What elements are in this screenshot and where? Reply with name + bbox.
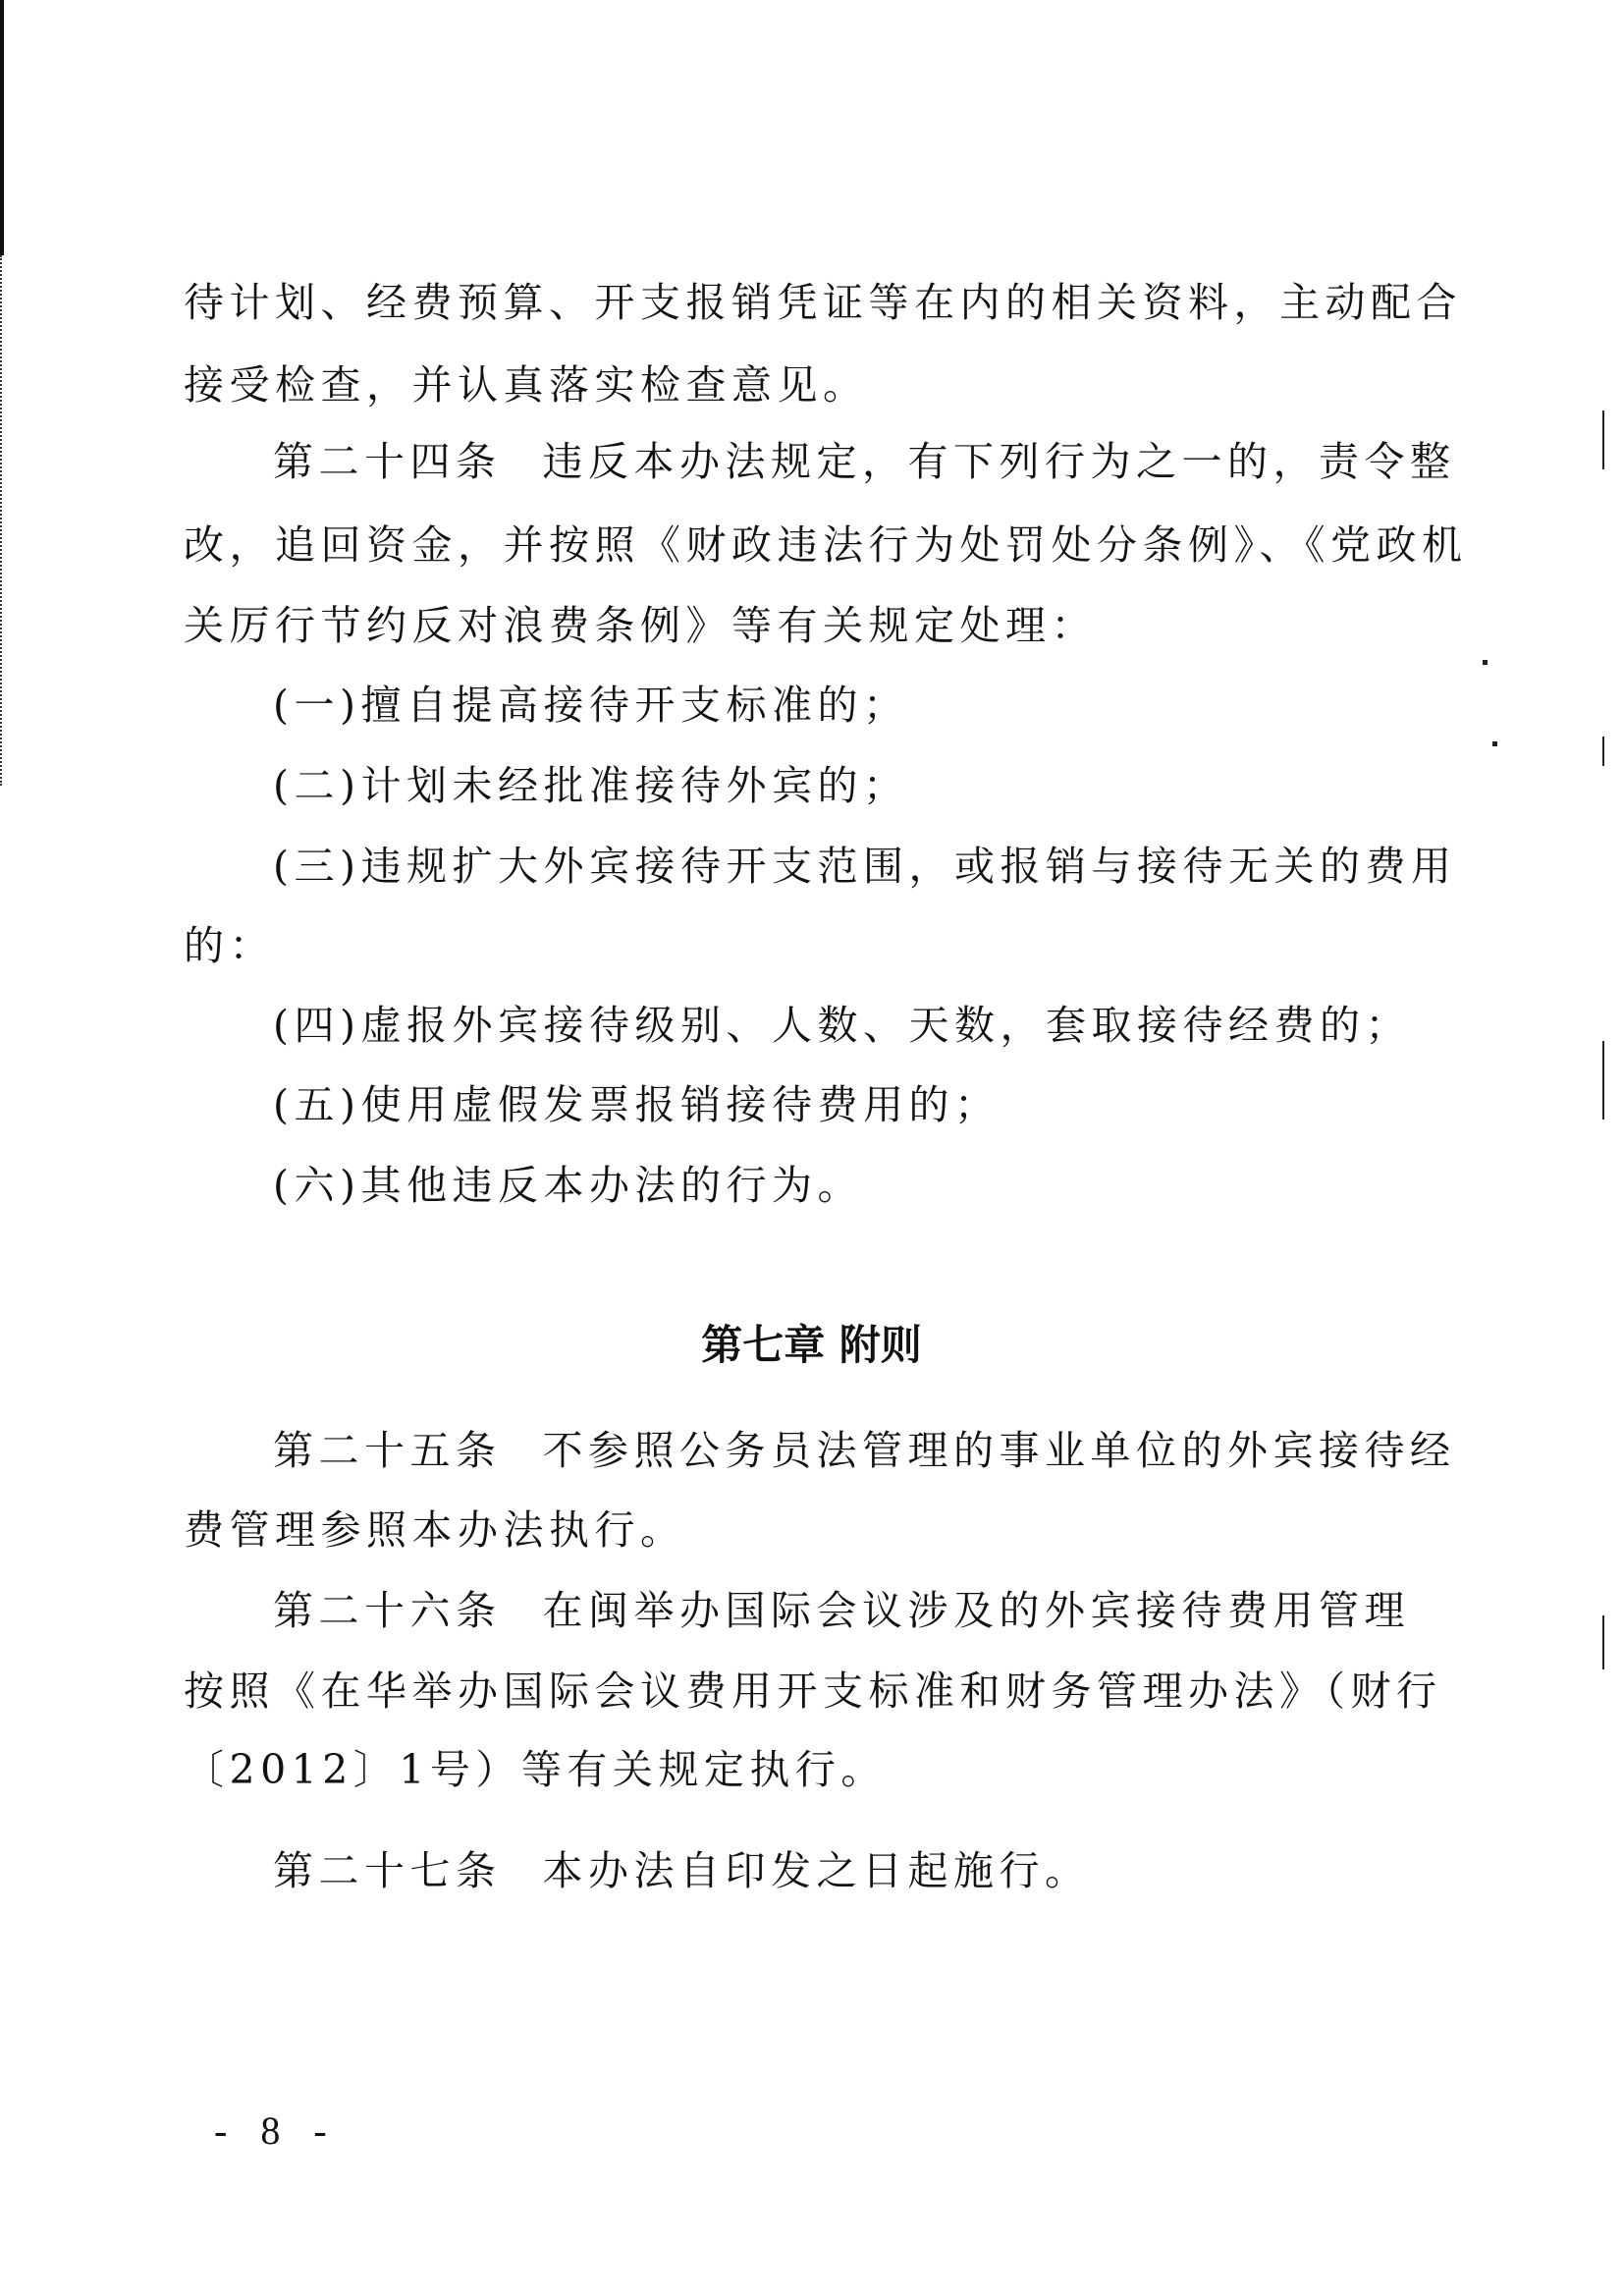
body-line: 按照《在华举办国际会议费用开支标准和财务管理办法》（财行: [184, 1662, 1442, 1721]
body-line: 改，追回资金，并按照《财政违法行为处罚处分条例》、《党政机: [184, 516, 1468, 574]
list-item: (二)计划未经批准接待外宾的；: [273, 756, 909, 815]
article-label: 第二十五条: [273, 1427, 502, 1474]
scan-mark: [1492, 741, 1497, 746]
scan-mark: [1483, 660, 1488, 665]
chapter-heading: 第七章 附则: [0, 1316, 1623, 1375]
article-24: 第二十四条违反本办法规定，有下列行为之一的，责令整: [273, 432, 1456, 491]
scan-mark: [1602, 1615, 1604, 1669]
scan-mark: [1602, 410, 1604, 469]
list-item: (一)擅自提高接待开支标准的；: [273, 676, 909, 735]
body-line: 费管理参照本办法执行。: [184, 1501, 686, 1559]
body-line: 接受检查，并认真落实检查意见。: [184, 355, 869, 414]
article-label: 第二十六条: [273, 1587, 502, 1634]
list-item: (四)虚报外宾接待级别、人数、天数，套取接待经费的；: [273, 996, 1411, 1055]
page-number: - 8 -: [214, 2106, 339, 2156]
body-line: 〔2012〕1号）等有关规定执行。: [184, 1740, 887, 1799]
scan-mark: [1602, 737, 1604, 766]
body-line: 关厉行节约反对浪费条例》等有关规定处理：: [184, 596, 1097, 655]
list-item: (六)其他违反本办法的行为。: [273, 1156, 863, 1215]
scan-edge-left: [0, 0, 4, 255]
article-label: 第二十七条: [273, 1847, 502, 1894]
article-26: 第二十六条在闽举办国际会议涉及的外宾接待费用管理: [273, 1581, 1410, 1640]
body-line: 的：: [184, 916, 275, 975]
article-text: 不参照公务员法管理的事业单位的外宾接待经: [543, 1427, 1456, 1474]
scan-mark: [1602, 1041, 1604, 1120]
scan-edge-left-dotted: [0, 255, 4, 786]
article-label: 第二十四条: [273, 438, 502, 485]
list-item: (三)违规扩大外宾接待开支范围，或报销与接待无关的费用: [273, 837, 1457, 896]
article-text: 违反本办法规定，有下列行为之一的，责令整: [543, 438, 1456, 485]
article-25: 第二十五条不参照公务员法管理的事业单位的外宾接待经: [273, 1421, 1456, 1480]
list-item: (五)使用虚假发票报销接待费用的；: [273, 1075, 1001, 1134]
body-line: 待计划、经费预算、开支报销凭证等在内的相关资料，主动配合: [184, 273, 1462, 332]
article-text: 本办法自印发之日起施行。: [543, 1847, 1091, 1894]
article-27: 第二十七条本办法自印发之日起施行。: [273, 1841, 1091, 1900]
article-text: 在闽举办国际会议涉及的外宾接待费用管理: [543, 1587, 1411, 1634]
